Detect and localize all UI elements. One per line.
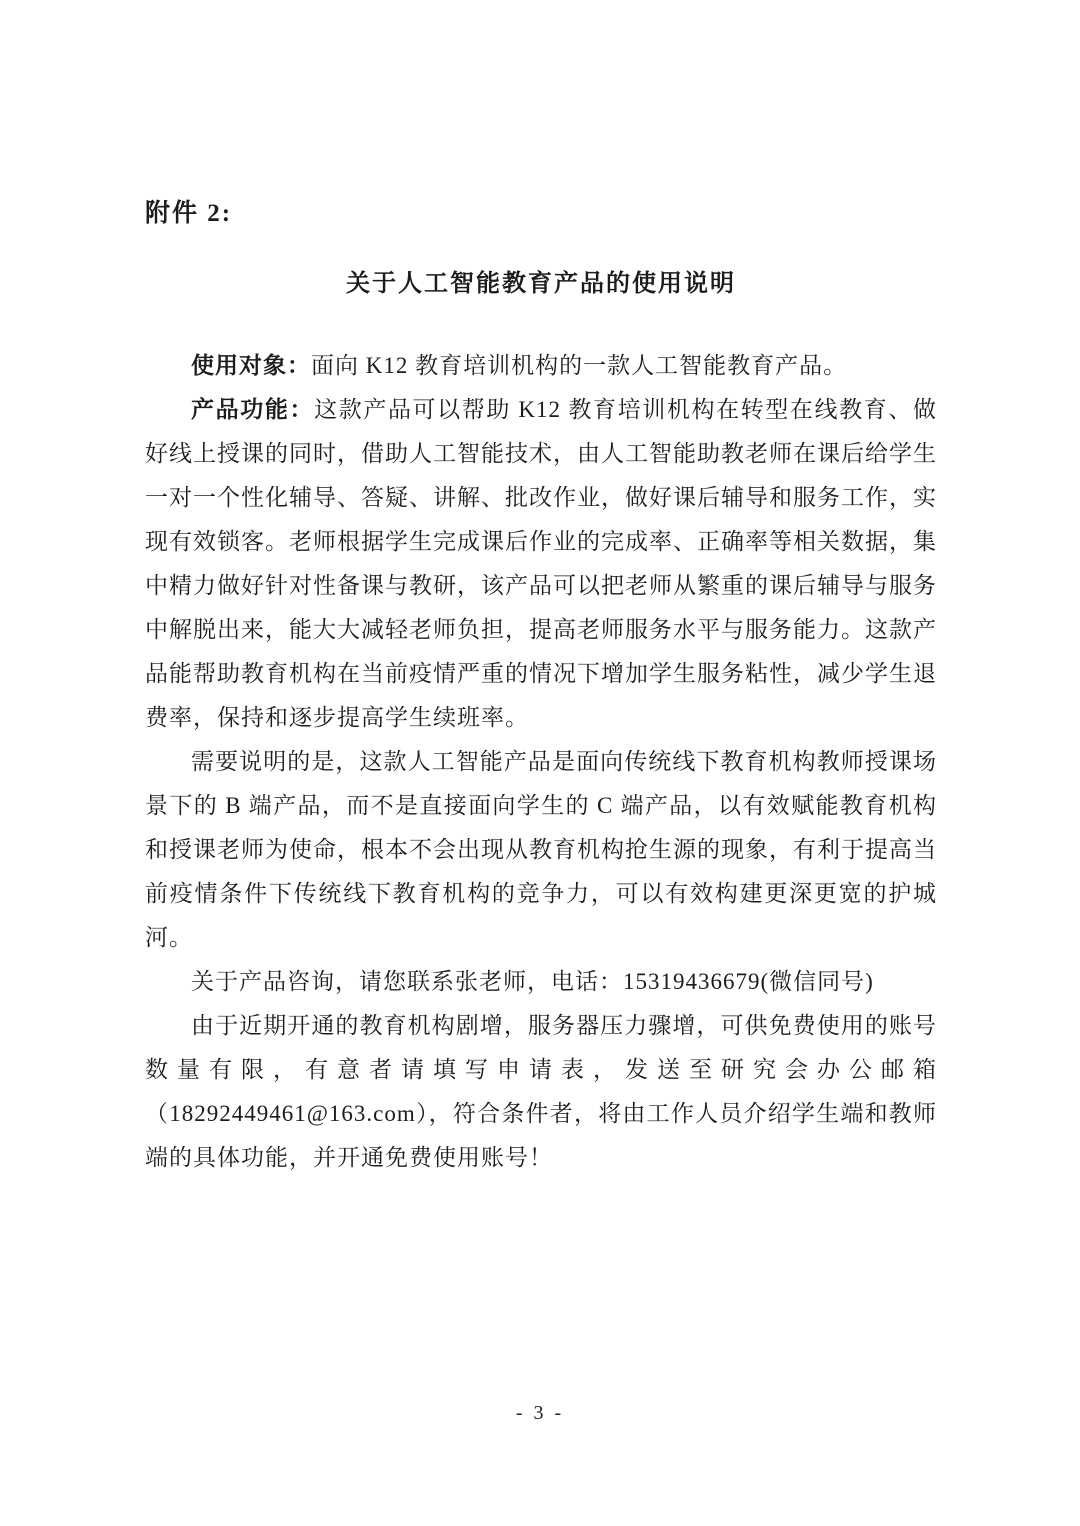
- paragraph-application: 由于近期开通的教育机构剧增，服务器压力骤增，可供免费使用的账号数量有限，有意者请…: [145, 1004, 937, 1180]
- document-body: 使用对象：面向 K12 教育培训机构的一款人工智能教育产品。 产品功能：这款产品…: [145, 344, 937, 1180]
- document-page: 附件 2: 关于人工智能教育产品的使用说明 使用对象：面向 K12 教育培训机构…: [0, 0, 1080, 1526]
- paragraph-text: 需要说明的是，这款人工智能产品是面向传统线下教育机构教师授课场景下的 B 端产品…: [145, 749, 937, 950]
- paragraph-lead: 使用对象：: [191, 353, 311, 378]
- paragraph-usage-target: 使用对象：面向 K12 教育培训机构的一款人工智能教育产品。: [145, 344, 937, 388]
- attachment-label: 附件 2:: [145, 193, 937, 229]
- document-content: 附件 2: 关于人工智能教育产品的使用说明 使用对象：面向 K12 教育培训机构…: [145, 0, 937, 1180]
- paragraph-product-features: 产品功能：这款产品可以帮助 K12 教育培训机构在转型在线教育、做好线上授课的同…: [145, 388, 937, 740]
- paragraph-clarification: 需要说明的是，这款人工智能产品是面向传统线下教育机构教师授课场景下的 B 端产品…: [145, 740, 937, 960]
- document-title: 关于人工智能教育产品的使用说明: [145, 263, 937, 298]
- paragraph-contact: 关于产品咨询，请您联系张老师，电话：15319436679(微信同号): [145, 960, 937, 1004]
- paragraph-text: 关于产品咨询，请您联系张老师，电话：15319436679(微信同号): [191, 969, 874, 994]
- page-number: - 3 -: [0, 1402, 1080, 1425]
- paragraph-lead: 产品功能：: [191, 397, 314, 422]
- paragraph-text: 面向 K12 教育培训机构的一款人工智能教育产品。: [311, 353, 847, 378]
- paragraph-text: 这款产品可以帮助 K12 教育培训机构在转型在线教育、做好线上授课的同时，借助人…: [145, 397, 937, 730]
- paragraph-text: 由于近期开通的教育机构剧增，服务器压力骤增，可供免费使用的账号数量有限，有意者请…: [145, 1013, 937, 1170]
